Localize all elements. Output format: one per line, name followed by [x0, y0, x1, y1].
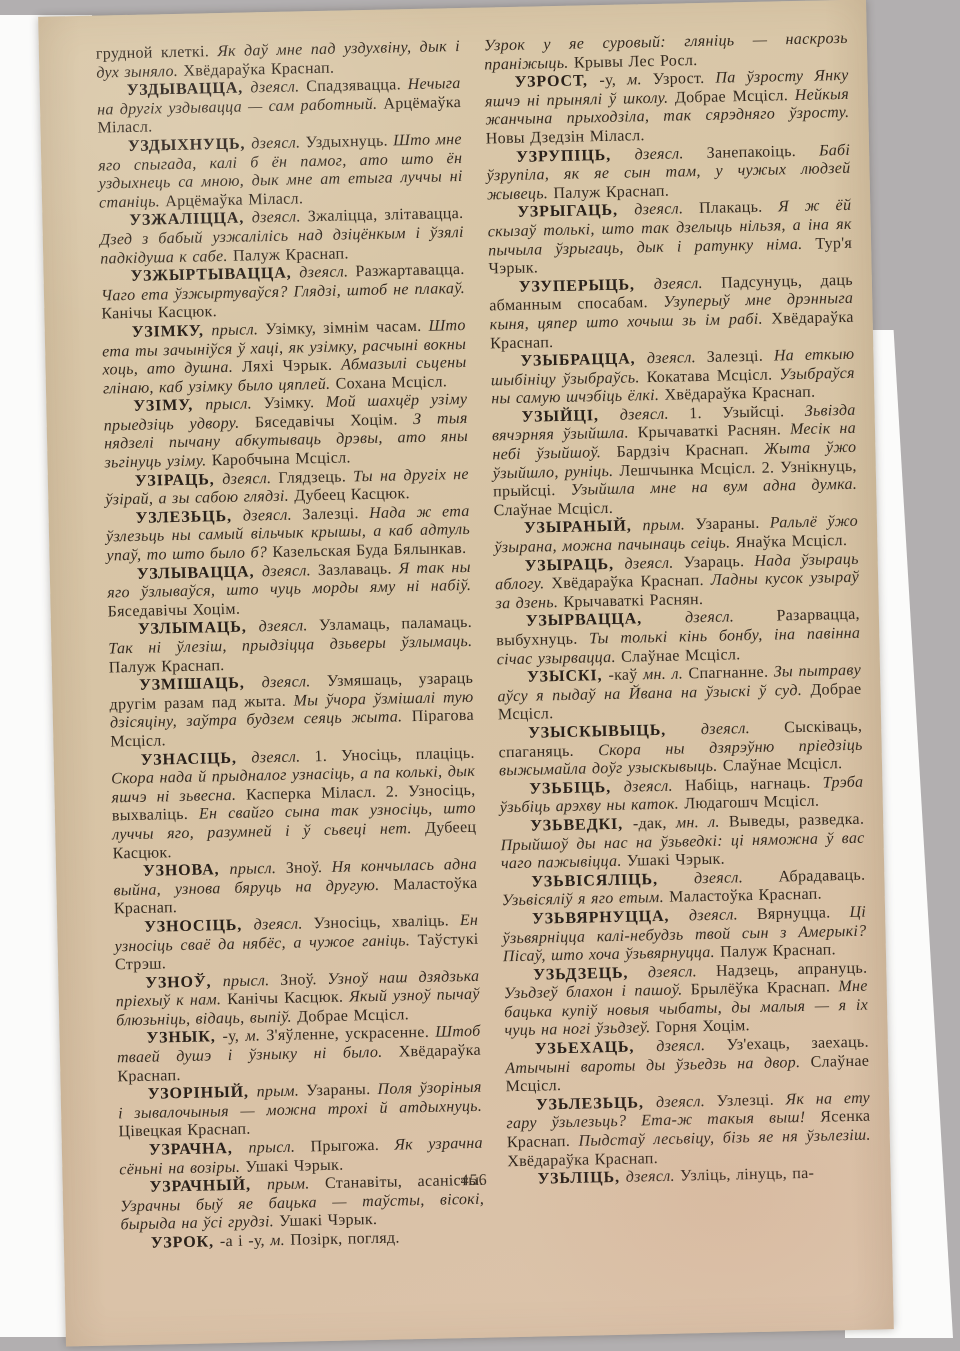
example-or-label: дзеясл. [689, 906, 757, 924]
example-or-label: дзеясл. [647, 349, 707, 367]
dictionary-entry: УЗЫСКЫВЫЦЬ, дзеясл. Сысківаць, спаганяць… [498, 718, 863, 781]
dictionary-entry: УЗДЫВАЦЦА, дзеясл. Спадзявацца. Нечыга н… [97, 75, 462, 138]
example-or-label: дзеясл. [243, 506, 303, 524]
headword: УЗЛЫМАЦЬ, [138, 619, 259, 639]
definition-or-source: Зноў. [280, 971, 328, 989]
page-number: 456 [460, 1172, 487, 1191]
example-or-label: мн. л. [676, 813, 729, 831]
definition-or-source: Слаўнае Мсцісл. [621, 646, 741, 665]
definition-or-source: Глядзець. [278, 468, 353, 487]
dictionary-entry: УЗЖАЛІЦЦА, дзеясл. Зжаліцца, злітавацца.… [99, 205, 464, 268]
dictionary-entry: УЗЬВЯРНУЦЦА, дзеясл. Вярнуцца. Ці ўзьвяр… [502, 904, 867, 967]
definition-or-source: Ушакі Чэрык. [279, 1211, 377, 1230]
definition-or-source: Абрадаваць. [778, 866, 865, 885]
example-or-label: дзеясл. [222, 470, 278, 488]
definition-or-source: Вярнуцца. [757, 904, 850, 923]
headword: УЗЫЙЦІ, [521, 407, 619, 426]
dictionary-entry: УЗМІШАЦЬ, дзеясл. Узмяшаць, узараць друг… [109, 670, 474, 752]
headword: УЗЬДЗЕЦЬ, [533, 964, 648, 983]
example-or-label: дзеясл. [634, 144, 706, 163]
definition-or-source: Бяседавічы Хоцім. [255, 411, 414, 431]
dictionary-entry: УЗЬВЕДКІ, -дак, мн. л. Выведы, разведка.… [500, 811, 865, 874]
definition-or-source: -а і -у, [220, 1232, 271, 1250]
definition-or-source: Маластоўка Краснап. [669, 886, 822, 906]
definition-or-source: Хвёдараўка Краснап. [507, 1150, 658, 1170]
dictionary-entry: УЗЛЫВАЦЦА, дзеясл. Зазлаваць. Я так ны я… [107, 559, 472, 622]
definition-or-source: Добрае Мсцісл. [297, 1006, 409, 1025]
definition-or-source: Янаўка Мсцісл. [735, 532, 847, 551]
definition-or-source: Каробчына Мсцісл. [212, 449, 351, 469]
scan-background: { "page": { "number": "456", "paper_colo… [0, 0, 960, 1351]
example-or-label: дзеясл. [253, 915, 313, 933]
definition-or-source: Ляхі Чэрык. [242, 357, 342, 376]
definition-or-source: Набіць, нагнаць. [685, 774, 823, 794]
definition-or-source: Уз'ехаць, заехаць. [726, 1034, 869, 1054]
headword: УЗЬБІЦЬ, [529, 778, 624, 797]
example-or-label: дзеясл. [620, 405, 690, 423]
headword: УЗУПЕРЫЦЬ, [519, 276, 654, 296]
example-or-label: прысл. [211, 321, 265, 339]
definition-or-source: Спагнанне. [688, 664, 774, 683]
dictionary-entry: УЗНОВА, прысл. Зноў. Ня кончылась адна в… [113, 856, 478, 919]
definition-or-source: Разжартавацца. [355, 261, 464, 280]
definition-or-source: -у, [599, 72, 627, 90]
example-or-label: Узьдзеў блахон і пашоў. [504, 982, 691, 1003]
headword: УЗРЫГАЦЬ, [517, 202, 634, 221]
definition-or-source: Залезці. [302, 505, 369, 523]
example-or-label: дзеясл. [624, 554, 683, 572]
example-or-label: дзеясл. [261, 673, 327, 691]
example-or-label: прым. [642, 517, 695, 535]
column-left: грудной клеткі. Як даў мне пад уздухвіну… [96, 38, 485, 1254]
definition-or-source: Палуж Краснап. [553, 182, 669, 201]
example-or-label: прысл. [223, 972, 281, 990]
headword: УЗЖЫРТЫВАЦЦА, [130, 265, 299, 286]
definition-or-source: Хвёдараўка Краснап. [664, 384, 815, 404]
example-or-label: дзеясл. [250, 78, 306, 96]
dictionary-entry: УЗДЫХНУЦЬ, дзеясл. Уздыхнуць. Што мне яг… [98, 131, 463, 213]
headword: УЗЛЫВАЦЦА, [137, 563, 262, 583]
example-or-label: прысл. [248, 1138, 310, 1156]
dictionary-entry: УЗІМУ, прысл. Узімку. Мой шахцёр узіму п… [103, 391, 468, 473]
definition-or-source: -каў [608, 666, 643, 684]
definition-or-source: 1. Уносіць, плаціць. [314, 744, 475, 764]
definition-or-source: Слаўнае Мсцісл. [723, 755, 843, 774]
definition-or-source: Кокатава Мсцісл. [646, 366, 779, 386]
definition-or-source: Палуж Краснап. [109, 657, 225, 676]
dictionary-entry: УЗЫРВАЦЦА, дзеясл. Разарвацца, выбухнуць… [496, 606, 861, 669]
headword: УЗЬВЕДКІ, [530, 815, 633, 834]
headword: УЗРУПІЦЬ, [516, 146, 635, 165]
headword: УЗРАЧНЫЙ, [150, 1177, 268, 1196]
definition-or-source: Узліць, лінуць, па- [680, 1165, 814, 1185]
example-or-label: дзеясл. [634, 200, 699, 218]
dictionary-entry: УЗЬЛЕЗЬЦЬ, дзеясл. Узлезці. Як на ету га… [506, 1089, 871, 1171]
dictionary-entry: УЗНАСІЦЬ, дзеясл. 1. Уносіць, плаціць. С… [111, 744, 477, 863]
example-or-label: прысл. [205, 395, 264, 413]
headword: УЗЫРВАЦЦА, [526, 610, 685, 630]
definition-or-source: Зазлаваць. [318, 560, 399, 579]
headword: УЗОРІНЫЙ, [148, 1084, 257, 1103]
definition-or-source: Позірк, погляд. [290, 1230, 400, 1249]
example-or-label: мн. л. [643, 666, 689, 684]
example-or-label: прым. [267, 1175, 325, 1193]
dictionary-entry: УЗРЫГАЦЬ, дзеясл. Плакаць. Я ж ёй скызаў… [487, 197, 852, 279]
headword: УЗЫБРАЦЦА, [520, 350, 647, 370]
example-or-label: дзеясл. [648, 963, 716, 981]
headword: УЗЫСКЫВЫЦЬ, [528, 721, 701, 742]
definition-or-source: Хвёдараўка Краснап. [551, 572, 711, 592]
definition-or-source: Дубеец Касцюк. [294, 485, 410, 504]
dictionary-entry: УЗНОЎ, прысл. Зноў. Узноў наш дзядзька п… [115, 967, 480, 1030]
dictionary-entry: УЗІМКУ, прысл. Узімку, зімнім часам. Што… [102, 317, 467, 399]
headword: УЗЬВІСЯЛІЦЬ, [531, 870, 694, 890]
definition-or-source: Палуж Краснап. [720, 941, 836, 960]
column-right: Узрок у яе суровый: гляніць — наскрозь п… [484, 30, 873, 1246]
definition-or-source: Бяседавічы Хоцім. [107, 601, 240, 621]
example-or-label: дзеясл. [299, 263, 355, 281]
example-or-label: дзеясл. [624, 777, 686, 795]
definition-or-source: 1. Узыйсці. [689, 403, 805, 422]
dictionary-entry: УЗЫРАЦЬ, дзеясл. Узараць. Нада ўзыраць а… [495, 550, 860, 613]
definition-or-source: Уздыхнуць. [305, 132, 393, 151]
headword: УЗРОСТ, [514, 72, 599, 91]
headword: УЗМІШАЦЬ, [139, 674, 262, 694]
headword: УЗРОК, [151, 1233, 220, 1251]
definition-or-source: Казельская Буда Бялынкав. [272, 540, 466, 561]
definition-or-source: Горня Хоцім. [656, 1018, 750, 1037]
definition-or-source: -у, [222, 1028, 245, 1045]
example-or-label: м. [627, 71, 653, 89]
definition-or-source: -дак, [633, 815, 676, 833]
headword: УЗІРАЦЬ, [135, 471, 223, 490]
definition-or-source: Спадзявацца. [306, 76, 408, 95]
headword: УЗІМКУ, [132, 322, 212, 341]
headword: УЗНОСІЦЬ, [144, 916, 254, 935]
example-or-label: дзеясл. [258, 617, 319, 635]
example-or-label: дзеясл. [252, 209, 308, 227]
headword: УЗІМУ, [133, 397, 205, 416]
definition-or-source: Выведы, разведка. [729, 811, 865, 831]
dictionary-entry: УЗУПЕРЫЦЬ, дзеясл. Падсунуць, даць абман… [489, 272, 854, 354]
dictionary-entry: УЗЬЕХАЦЬ, дзеясл. Уз'ехаць, заехаць. Аты… [505, 1034, 870, 1097]
definition-or-source: Залезці. [707, 348, 774, 366]
example-or-label: дзеясл. [656, 1037, 727, 1055]
definition-or-source: Ушакі Чэрык. [245, 1156, 343, 1175]
headword: УЗЖАЛІЦЦА, [129, 210, 252, 230]
headword: УЗЬЛІЦЬ, [537, 1169, 626, 1188]
dictionary-entry: УЗЫСКІ, -каў мн. л. Спагнанне. Зы пытрав… [497, 662, 862, 725]
dictionary-entry: УЗРАЧНЫЙ, прым. Станавіты, асаністы. Узр… [120, 1172, 485, 1235]
dictionary-entry: УЗЖЫРТЫВАЦЦА, дзеясл. Разжартавацца. Чаг… [100, 261, 465, 324]
definition-or-source: Узімку, зімнім часам. [265, 318, 429, 338]
definition-or-source: Сохана Мсцісл. [335, 373, 447, 392]
definition-or-source: Людагошч Мсцісл. [684, 793, 819, 813]
definition-or-source: Добрае Мсцісл. [675, 87, 795, 107]
example-or-label: дзеясл. [262, 562, 318, 580]
headword: УЗДЫХНУЦЬ, [128, 135, 252, 155]
example-or-label: дзеясл. [251, 134, 306, 152]
definition-or-source: Прыгожа. [310, 1137, 394, 1156]
dictionary-entry: УЗРУПІЦЬ, дзеясл. Занепакоіць. Бабі ўзру… [486, 141, 851, 204]
example-or-label: дзеясл. [251, 748, 314, 766]
headword: УЗНАСІЦЬ, [141, 749, 252, 768]
definition-or-source: Бардзіч Краснап. [616, 441, 764, 461]
headword: УЗЫСКІ, [527, 667, 609, 686]
headword: УЗЬЛЕЗЬЦЬ, [536, 1094, 656, 1114]
definition-or-source: Арцёмаўка Міласл. [165, 190, 303, 210]
headword: УЗДЫВАЦЦА, [127, 80, 251, 100]
definition-or-source: Цівецкая Краснап. [118, 1121, 250, 1141]
definition-or-source: Новы Дзедзін Міласл. [486, 127, 645, 147]
definition-or-source: Узараць. [683, 553, 754, 571]
definition-or-source: Крычаваткі Раснян. [638, 422, 791, 442]
dictionary-entry: УЗЬДЗЕЦЬ, дзеясл. Надзець, апрануць. Узь… [503, 959, 868, 1041]
dictionary-page: грудной клеткі. Як даў мне пад уздухвіну… [38, 0, 894, 1347]
definition-or-source: Хвёдараўка Краснап. [183, 59, 334, 79]
definition-or-source: Надзець, апрануць. [716, 959, 868, 979]
definition-or-source: Узносіць, хваліць. [313, 912, 460, 932]
definition-or-source: Плакаць. [699, 199, 779, 218]
dictionary-entry: УЗЛЫМАЦЬ, дзеясл. Узламаць, паламаць. Та… [108, 614, 473, 677]
headword: УЗЛЕЗЬЦЬ, [136, 507, 244, 526]
dictionary-entry: УЗРОСТ, -у, м. Узрост. Па ўзросту Янку я… [484, 67, 849, 149]
definition-or-source: Узламаць, паламаць. [319, 614, 472, 634]
definition-or-source: Канічы Касцюк. [101, 303, 217, 322]
definition-or-source: грудной клеткі. [96, 43, 218, 63]
headword: УЗЫРАНЫЙ, [524, 518, 643, 537]
definition-or-source: Палуж Краснап. [233, 245, 349, 264]
example-or-label: Узьвісяліў я яго етым. [502, 889, 670, 910]
definition-or-source: Узрост. [653, 70, 716, 88]
headword: УЗНЫК, [146, 1029, 222, 1048]
definition-or-source: Крычаваткі Раснян. [563, 591, 703, 611]
dictionary-entry: УЗНЫК, -у, м. З'яўленне, ускрасенне. Што… [116, 1023, 481, 1086]
headword: УЗНОВА, [143, 861, 230, 880]
definition-or-source: З'яўленне, ускрасенне. [266, 1024, 435, 1045]
dictionary-entry: УЗОРІНЫЙ, прым. Узараны. Поля ўзоріныя і… [118, 1079, 483, 1142]
dictionary-entry: УЗЫЙЦІ, дзеясл. 1. Узыйсці. Зьвізда вячэ… [491, 402, 857, 521]
definition-or-source: Узараны. [695, 515, 770, 534]
headword: УЗЬВЯРНУЦЦА, [532, 907, 689, 927]
example-or-label: м. [245, 1028, 266, 1045]
example-or-label: дзеясл. [656, 1093, 717, 1111]
headword: УЗЫРАЦЬ, [525, 555, 625, 574]
definition-or-source: Узімку. [263, 394, 326, 412]
example-or-label: дзеясл. [685, 608, 777, 627]
definition-or-source: Узлезці. [717, 1091, 786, 1109]
definition-or-source: Узараны. [306, 1081, 378, 1099]
dictionary-entry: УЗНОСІЦЬ, дзеясл. Узносіць, хваліць. Ен … [114, 912, 479, 975]
example-or-label: м. [270, 1232, 290, 1249]
example-or-label: дзеясл. [654, 274, 722, 292]
definition-or-source: Брылёўка Краснап. [690, 979, 838, 999]
headword: УЗЬЕХАЦЬ, [535, 1038, 657, 1058]
definition-or-source: Слаўнае Мсцісл. [493, 500, 613, 519]
example-or-label: прым. [256, 1083, 306, 1101]
definition-or-source: Крывы Лес Росл. [574, 52, 698, 72]
example-or-label: дзеясл. [626, 1168, 681, 1186]
dictionary-entry: УЗЫБРАЦЦА, дзеясл. Залезці. На еткыю шыб… [490, 346, 855, 409]
headword: УЗРАЧНА, [149, 1140, 249, 1159]
example-or-label: дзеясл. [694, 868, 779, 887]
definition-or-source: Зжаліцца, злітавацца. [308, 205, 464, 225]
headword: УЗНОЎ, [145, 973, 223, 992]
text-columns: грудной клеткі. Як даў мне пад уздухвіну… [96, 30, 873, 1254]
dictionary-entry: УЗЛЕЗЬЦЬ, дзеясл. Залезці. Нада ж ета ўз… [106, 503, 471, 566]
example-or-label: дзеясл. [701, 719, 785, 738]
example-or-label: прысл. [229, 860, 286, 878]
definition-or-source: Занепакоіць. [707, 142, 820, 161]
definition-or-source: Зноў. [286, 859, 332, 877]
definition-or-source: Ушакі Чэрык. [627, 851, 725, 870]
definition-or-source: Канічы Касцюк. [227, 989, 349, 1009]
